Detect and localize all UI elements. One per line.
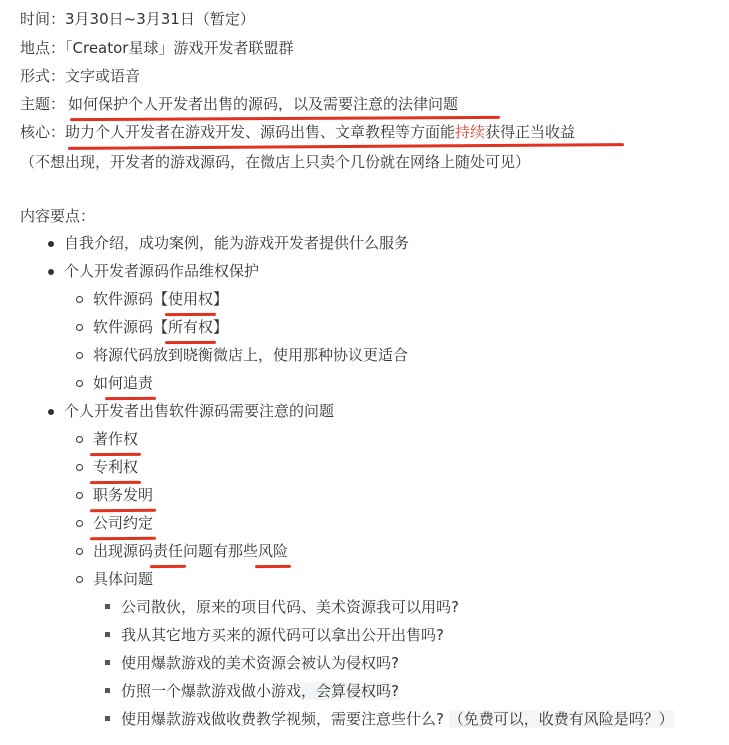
list-item: 著作权 — [93, 428, 138, 450]
list-item: 具体问题 — [93, 568, 153, 590]
underlined-term: 职务发明 — [93, 484, 153, 506]
core-highlight: 持续 — [455, 123, 485, 141]
content-title: 内容要点： — [20, 205, 95, 227]
list-item: 使用爆款游戏做收费教学视频，需要注意些什么? （免费可以，收费有风险是吗？） — [121, 708, 674, 730]
format-row: 形式：文字或语音 — [20, 65, 140, 87]
underlined-term: 责任 — [153, 540, 183, 562]
list-item: 仿照一个爆款游戏做小游戏，会算侵权吗? — [121, 680, 399, 702]
bullet-circle-icon — [76, 352, 83, 359]
item-suffix: 】 — [213, 290, 228, 308]
bullet-circle-icon — [76, 492, 83, 499]
bullet-square-icon — [105, 716, 110, 721]
item-suffix: 】 — [213, 318, 228, 336]
bullet-square-icon — [105, 688, 110, 693]
bullet-square-icon — [105, 660, 110, 665]
bullet-square-icon — [105, 632, 110, 637]
underlined-term: 使用权 — [168, 288, 213, 310]
underlined-term: 所有权 — [168, 316, 213, 338]
list-item: 我从其它地方买来的源代码可以拿出公开出售吗? — [121, 624, 444, 646]
list-item: 个人开发者出售软件源码需要注意的问题 — [64, 400, 334, 422]
note-row: （不想出现，开发者的游戏源码，在微店上只卖个几份就在网络上随处可见） — [20, 151, 530, 173]
list-item: 自我介绍，成功案例，能为游戏开发者提供什么服务 — [64, 232, 409, 254]
note-text: （不想出现，开发者的游戏源码，在微店上只卖个几份就在网络上随处可见） — [20, 153, 530, 171]
bullet-square-icon — [105, 604, 110, 609]
list-item: 将源代码放到晓衡微店上，使用那种协议更适合 — [93, 344, 408, 366]
theme-row: 主题：如何保护个人开发者出售的源码，以及需要注意的法律问题 — [20, 93, 458, 115]
bullet-circle-icon — [76, 548, 83, 555]
theme-value: 如何保护个人开发者出售的源码，以及需要注意的法律问题 — [68, 95, 458, 113]
bullet-circle-icon — [76, 380, 83, 387]
time-label: 时间： — [20, 10, 65, 28]
time-value: 3月30日~3月31日（暂定） — [65, 10, 255, 28]
core-text-2: 获得正当收益 — [485, 123, 575, 141]
underlined-term: 公司约定 — [93, 512, 153, 534]
list-item: 公司散伙，原来的项目代码、美术资源我可以用吗? — [121, 596, 459, 618]
bullet-circle-icon — [76, 520, 83, 527]
place-row: 地点：「Creator星球」游戏开发者联盟群 — [20, 37, 293, 59]
highlighted-text: （免费可以，收费有风险是吗？） — [449, 710, 674, 728]
core-underline — [68, 143, 624, 149]
list-item: 软件源码【使用权】 — [93, 288, 228, 310]
theme-underline — [70, 116, 500, 121]
list-item: 职务发明 — [93, 484, 153, 506]
item-prefix: 如 — [93, 374, 108, 392]
format-value: 文字或语音 — [65, 67, 140, 85]
core-label: 核心： — [20, 123, 65, 141]
format-label: 形式： — [20, 67, 65, 85]
theme-label: 主题： — [20, 95, 65, 113]
time-row: 时间：3月30日~3月31日（暂定） — [20, 8, 255, 30]
core-row: 核心：助力个人开发者在游戏开发、源码出售、文章教程等方面能持续获得正当收益 — [20, 121, 575, 143]
bullet-disc-icon — [48, 269, 54, 275]
bullet-circle-icon — [76, 296, 83, 303]
highlighted-text: ，会算侵权吗? — [301, 682, 399, 700]
list-item: 公司约定 — [93, 512, 153, 534]
list-item: 软件源码【所有权】 — [93, 316, 228, 338]
item-text: 出现源码 — [93, 542, 153, 560]
item-prefix: 软件源码【 — [93, 290, 168, 308]
bullet-circle-icon — [76, 464, 83, 471]
list-item: 个人开发者源码作品维权保护 — [64, 260, 259, 282]
item-text: 仿照一个爆款游戏做小游戏 — [121, 682, 301, 700]
list-item: 使用爆款游戏的美术资源会被认为侵权吗? — [121, 652, 399, 674]
underlined-term: 何追责 — [108, 372, 153, 394]
place-label: 地点： — [20, 39, 65, 57]
place-value: 「Creator星球」游戏开发者联盟群 — [65, 39, 293, 57]
core-text-1: 助力个人开发者在游戏开发、源码出售、文章教程等方面能 — [65, 123, 455, 141]
list-item: 出现源码责任问题有那些风险 — [93, 540, 288, 562]
underlined-term: 风险 — [258, 540, 288, 562]
bullet-circle-icon — [76, 324, 83, 331]
bullet-disc-icon — [48, 241, 54, 247]
item-text: 问题有那些 — [183, 542, 258, 560]
list-item: 专利权 — [93, 456, 138, 478]
item-prefix: 软件源码【 — [93, 318, 168, 336]
list-item: 如何追责 — [93, 372, 153, 394]
item-text: 使用爆款游戏做收费教学视频，需要注意些什么? — [121, 710, 449, 728]
underlined-term: 著作权 — [93, 428, 138, 450]
underlined-term: 专利权 — [93, 456, 138, 478]
bullet-circle-icon — [76, 576, 83, 583]
bullet-disc-icon — [48, 409, 54, 415]
bullet-circle-icon — [76, 436, 83, 443]
